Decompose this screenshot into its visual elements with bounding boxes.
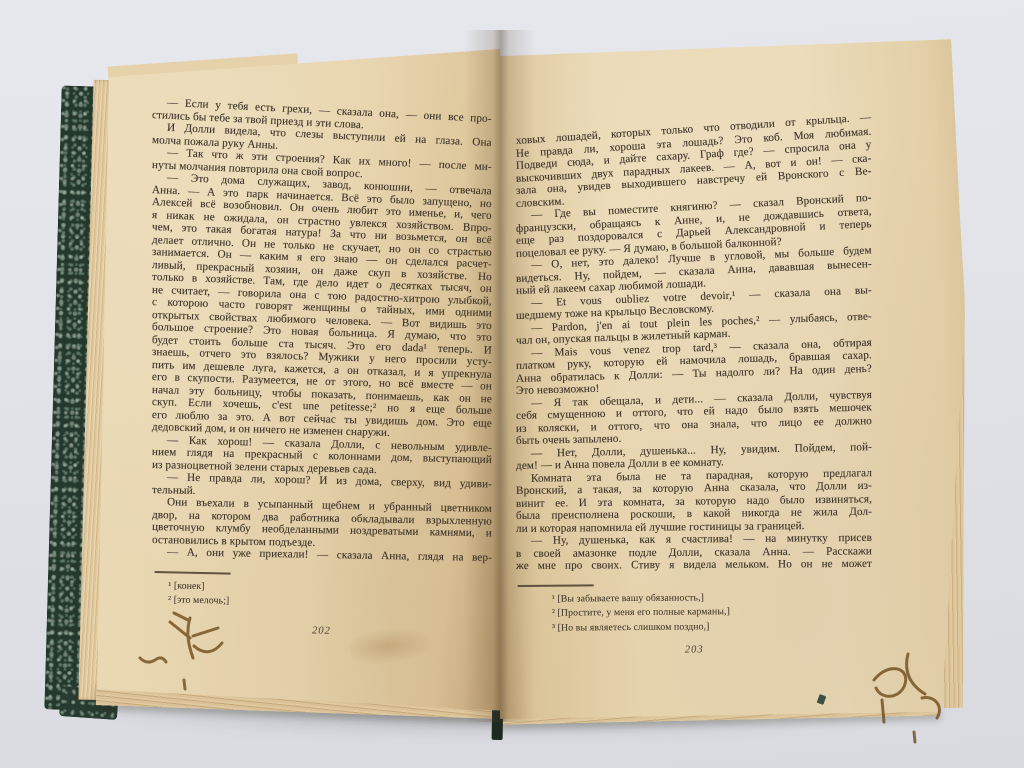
page-number: 202 xyxy=(151,621,491,639)
footnotes: ¹ [Вы забываете вашу обязанность,]² [Про… xyxy=(516,589,872,636)
text-column: — Если у тебя есть грехи, — сказала она,… xyxy=(152,96,492,559)
left-page: — Если у тебя есть грехи, — сказала она,… xyxy=(95,28,500,728)
text-line: же мне про своих. Стиву я видела мельком… xyxy=(516,558,872,573)
right-page: ховых лошадей, которых только что отводи… xyxy=(500,35,965,740)
photo-background: { "left_page": { "number": "202", "parag… xyxy=(0,0,1024,768)
page-footer: ¹ [Вы забываете вашу обязанность,]² [Про… xyxy=(516,581,873,656)
page-footer: ¹ [конек]² [это мелочь;] 202 xyxy=(151,571,492,640)
footnote-rule xyxy=(155,571,231,574)
text-column: ховых лошадей, которых только что отводи… xyxy=(516,135,872,573)
page-number: 203 xyxy=(516,642,872,656)
open-book-photo: — Если у тебя есть грехи, — сказала она,… xyxy=(0,0,1024,768)
footnote: ³ [Но вы являетесь слишком поздно,] xyxy=(516,618,872,636)
footnote-rule xyxy=(518,584,594,586)
footnotes: ¹ [конек]² [это мелочь;] xyxy=(152,578,493,614)
